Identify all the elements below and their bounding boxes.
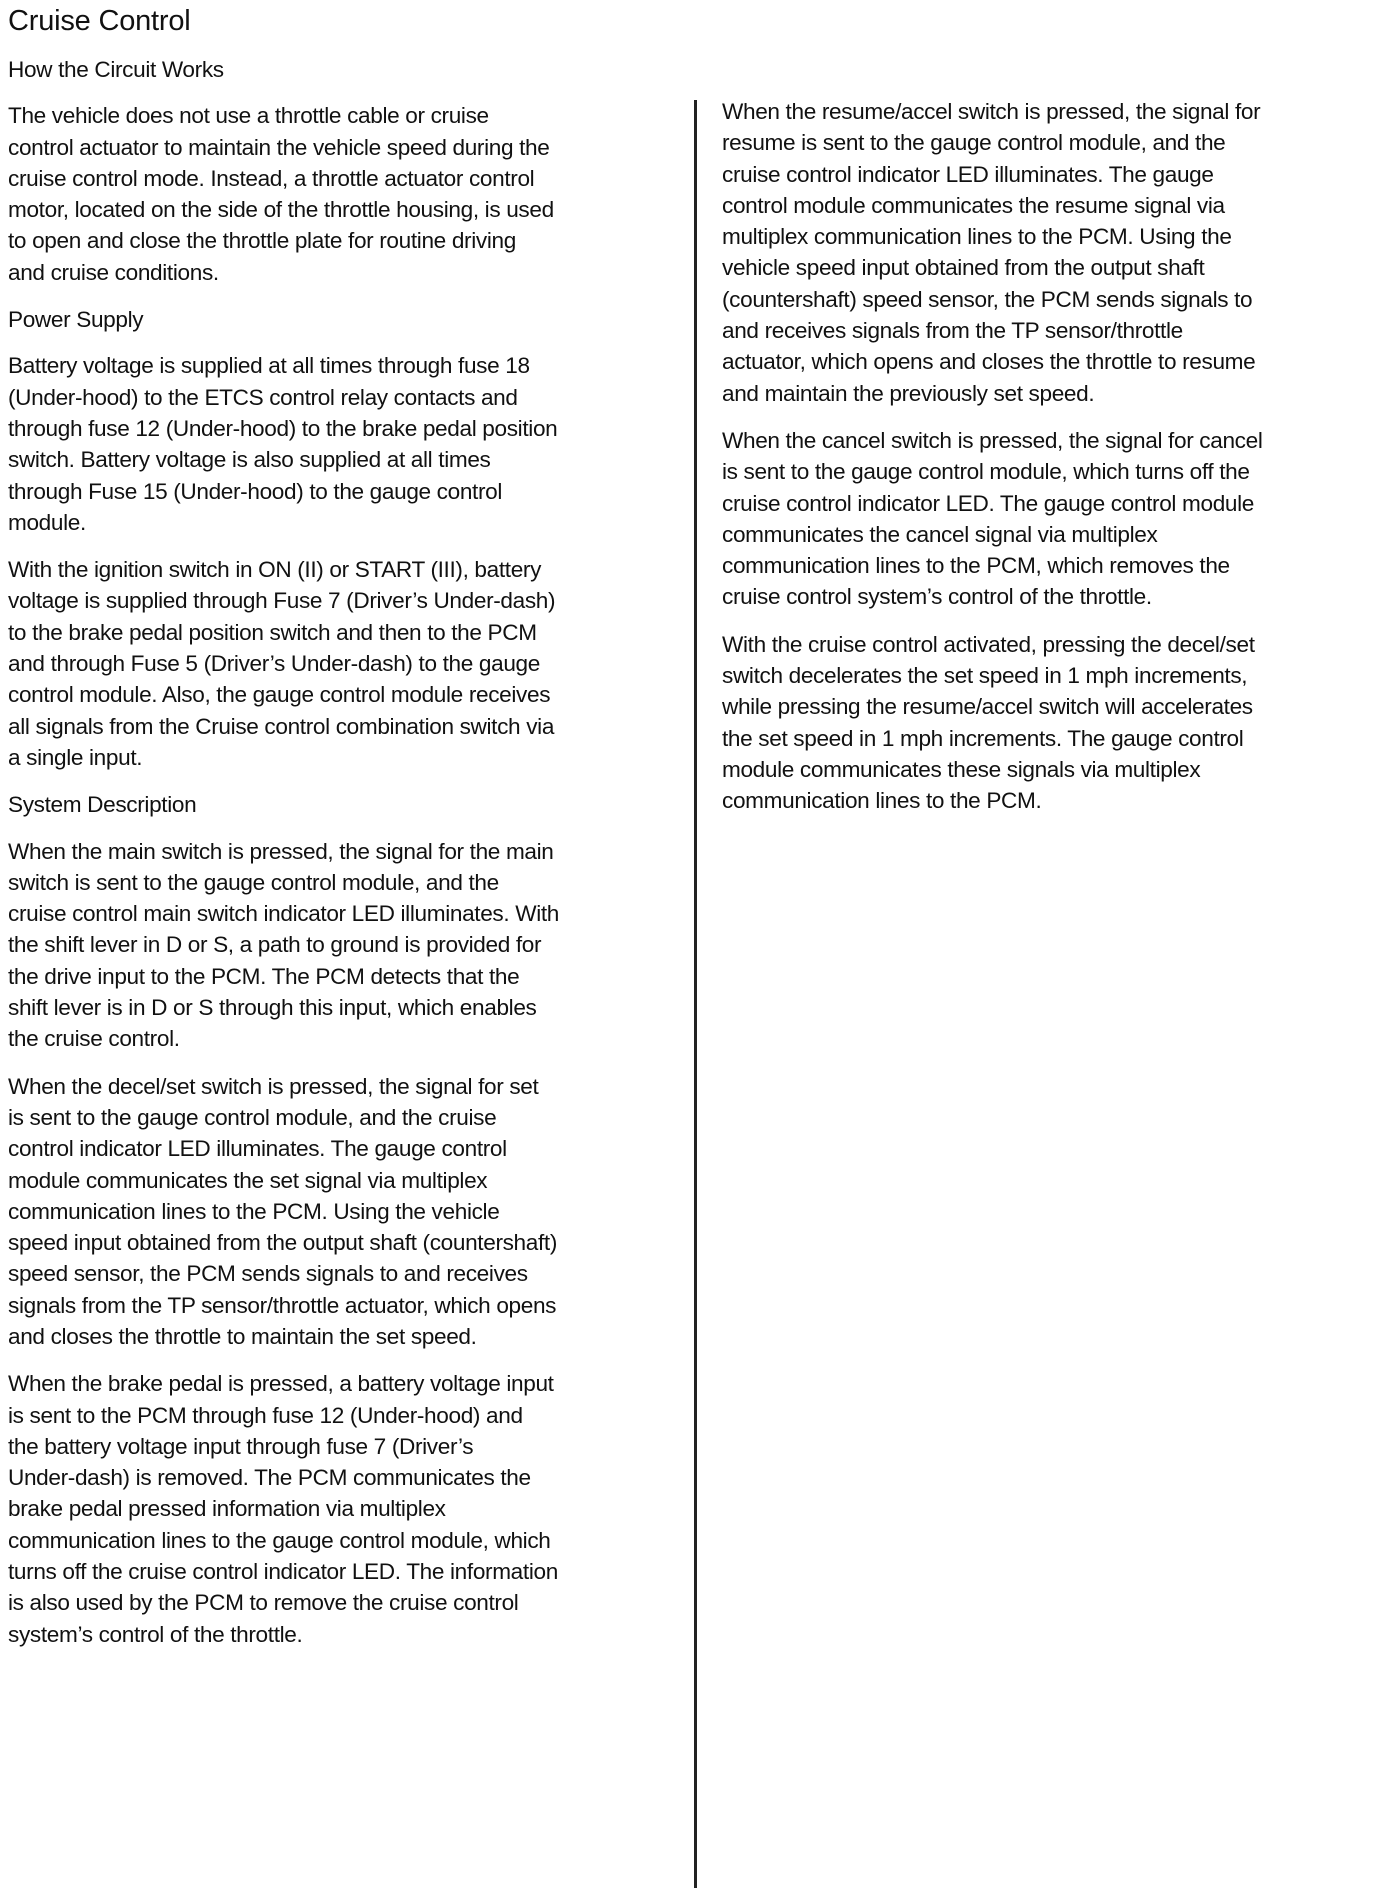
right-column: When the resume/accel switch is pressed,… — [722, 96, 1380, 833]
paragraph-ignition-switch: With the ignition switch in ON (II) or S… — [8, 554, 676, 773]
paragraph-main-switch: When the main switch is pressed, the sig… — [8, 836, 676, 1055]
section-heading-power-supply: Power Supply — [8, 304, 676, 335]
paragraph-decel-set-switch: When the decel/set switch is pressed, th… — [8, 1071, 676, 1353]
section-heading-how-the-circuit-works: How the Circuit Works — [8, 54, 676, 85]
paragraph-circuit-overview: The vehicle does not use a throttle cabl… — [8, 100, 676, 288]
paragraph-resume-accel-switch: When the resume/accel switch is pressed,… — [722, 96, 1380, 409]
section-power-supply: Power Supply Battery voltage is supplied… — [8, 304, 676, 773]
column-divider — [694, 100, 697, 1888]
page-title: Cruise Control — [8, 2, 191, 40]
paragraph-cancel-switch: When the cancel switch is pressed, the s… — [722, 425, 1380, 613]
section-system-description: System Description When the main switch … — [8, 789, 676, 1650]
paragraph-brake-pedal: When the brake pedal is pressed, a batte… — [8, 1368, 676, 1650]
paragraph-speed-increments: With the cruise control activated, press… — [722, 629, 1380, 817]
paragraph-battery-voltage: Battery voltage is supplied at all times… — [8, 350, 676, 538]
section-heading-system-description: System Description — [8, 789, 676, 820]
left-column: How the Circuit Works The vehicle does n… — [8, 54, 676, 1666]
section-how-the-circuit-works: How the Circuit Works The vehicle does n… — [8, 54, 676, 288]
